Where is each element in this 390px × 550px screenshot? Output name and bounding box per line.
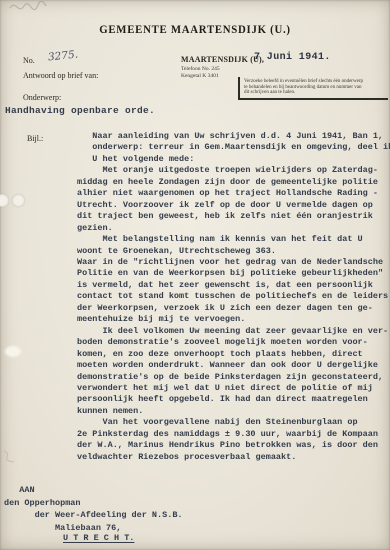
addressee-block: AANden Opperhopman der Weer-Afdeeling de… [4, 484, 183, 534]
telephone-line: Telefoon No. 245 [181, 66, 220, 72]
text-line: Met oranje uitgedoste troepen wielrijder… [77, 165, 389, 176]
text-line: contact tot stand komt tusschen de polit… [77, 291, 389, 302]
text-line: boden demonstratie's zooveel mogelijk mo… [77, 337, 389, 348]
text-line: moeten worden onderdrukt. Wanneer dan oo… [77, 360, 389, 371]
addressee-city: U T R E C H T. [63, 533, 134, 543]
text-line: Politie en van de Weerkorpsen bij politi… [77, 268, 389, 279]
text-line: persoonlijk heeft opgebeld. Ik had dan d… [77, 394, 389, 405]
text-line: onderwerp: terreur in Gem.Maartensdijk e… [77, 142, 389, 153]
text-line: woont te Groenekan, Utrechtscheweg 363. [77, 246, 389, 257]
text-line: der W.A., Marinus Hendrikus Pino betrokk… [77, 440, 389, 451]
text-line: dit traject ben geweest, heb ik zelfs ni… [77, 211, 389, 222]
letter-date: 7 Juni 1941. [254, 52, 331, 63]
text-line: middag en heele Zondagen zijn door de ge… [77, 177, 389, 188]
text-line: is vermeld, dat het zeer gewenscht is, d… [77, 280, 389, 291]
text-line: der Weer-Afdeeling der N.S.B. [4, 509, 183, 522]
place-name: MAARTENSDIJK (U), [181, 55, 264, 64]
number-label: No. [23, 56, 35, 65]
text-line: demonstratie's op de beide Pinksterdagen… [77, 372, 389, 383]
paper-stain [5, 346, 21, 357]
text-line: Met belangstelling nam ik kennis van het… [77, 234, 389, 245]
pencil-mark [2, 448, 16, 464]
text-line: komen, en zoo deze onverhoopt toch plaat… [77, 349, 389, 360]
text-line: Van het voorgevallene nabij den Steinenb… [77, 417, 389, 428]
addressee-city-line: U T R E C H T. [63, 533, 134, 543]
text-line: Waar in de "richtlijnen voor het gedrag … [77, 257, 389, 268]
subject-value: Handhaving openbare orde. [5, 105, 155, 116]
text-line: der Weerkorpsen, verzoek ik U zich een d… [77, 303, 389, 314]
enclosures-label: Bijl.: [27, 134, 43, 143]
notice-box: Verzoeke beleefd in eventuëlen brief sle… [238, 77, 388, 100]
text-line: 2e Pinksterdag des namiddags ± 9.30 uur,… [77, 429, 389, 440]
reply-to-label: Antwoord op brief van: [23, 71, 98, 80]
text-line: meentehuize bij mij te vervoegen. [77, 314, 389, 325]
number-value-handwritten: 3275. [47, 48, 78, 63]
letter-body: Naar aanleiding van Uw schrijven d.d. 4 … [77, 131, 389, 463]
text-line: gezien. [77, 223, 389, 234]
text-line: Naar aanleiding van Uw schrijven d.d. 4 … [77, 131, 389, 142]
punch-hole [12, 194, 25, 207]
letter-page: GEMEENTE MAARTENSDIJK (U.) No. 3275. Ant… [0, 0, 390, 550]
notice-line: dit schrijven aan te halen. [244, 90, 388, 96]
pencil-mark [8, 1, 50, 11]
text-line: U het volgende mede: [77, 154, 389, 165]
punch-hole [0, 194, 9, 207]
text-line: verwondert het mij wel dat U niet direct… [77, 383, 389, 394]
text-line: AAN [4, 484, 183, 497]
text-line: veldwachter Riezebos procesverbaal gemaa… [77, 452, 389, 463]
text-line: den Opperhopman [4, 497, 183, 510]
subject-label: Onderwerp: [23, 93, 61, 102]
text-line: Ik deel volkomen Uw meening dat zeer gev… [77, 326, 389, 337]
text-line: alhier niet waargenomen op het traject H… [77, 188, 389, 199]
letterhead-title: GEMEENTE MAARTENSDIJK (U.) [20, 22, 371, 37]
text-line: Utrecht. Voorzoover ik zelf op de door U… [77, 200, 389, 211]
text-line: kunnen nemen. [77, 406, 389, 417]
dialing-code-line: Kengetal K 3401 [181, 73, 219, 79]
